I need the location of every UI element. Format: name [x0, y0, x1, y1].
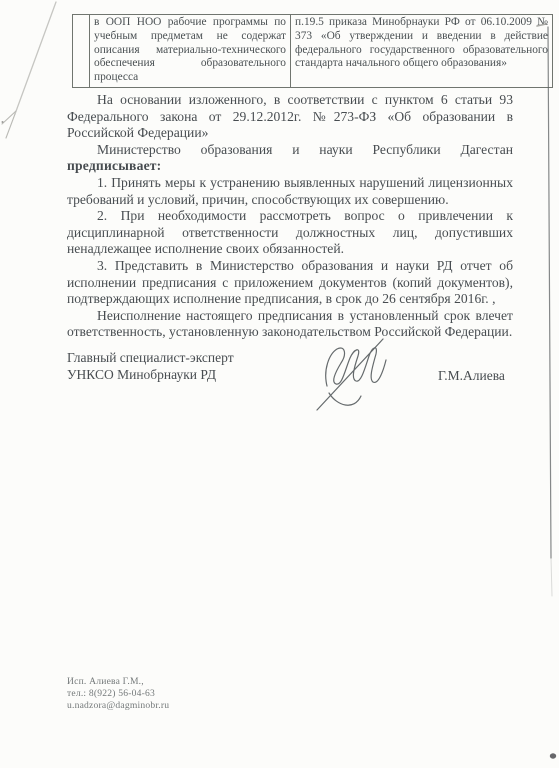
- signatory-position-line1: Главный специалист-эксперт: [67, 350, 513, 367]
- phone-line: тел.: 8(922) 56-04-63: [67, 688, 169, 700]
- footer-contact: Исп. Алиева Г.М., тел.: 8(922) 56-04-63 …: [67, 676, 169, 712]
- scan-left-speck: [2, 121, 4, 123]
- prescribes-label: предписывает:: [67, 158, 161, 173]
- prescription-item-1: 1. Принять меры к устранению выявленных …: [67, 175, 513, 208]
- ministry-lead-text: Министерство образования и науки Республ…: [97, 142, 513, 157]
- scan-right-edge-fade: [551, 558, 552, 596]
- signature-tail-stroke: [317, 339, 383, 410]
- paragraph-legal-basis: На основании изложенного, в соответствии…: [67, 92, 513, 142]
- scan-speck: [550, 753, 556, 758]
- scanned-page: в ООП НОО рабочие программы по учебным п…: [0, 0, 559, 768]
- prescription-item-2: 2. При необходимости рассмотреть вопрос …: [67, 208, 513, 258]
- signature-loops-stroke: [326, 348, 386, 386]
- scan-crease-fork: [2, 111, 16, 138]
- document-body: На основании изложенного, в соответствии…: [67, 92, 513, 422]
- signatory-name: Г.М.Алиева: [438, 368, 505, 385]
- prescription-item-3: 3. Представить в Министерство образовани…: [67, 258, 513, 308]
- scan-right-edge-line: [548, 27, 551, 558]
- email-line: u.nadzora@dagminobr.ru: [67, 700, 169, 712]
- row-number-cell: [73, 15, 90, 88]
- violations-table: в ООП НОО рабочие программы по учебным п…: [72, 14, 553, 88]
- executor-line: Исп. Алиева Г.М.,: [67, 676, 169, 688]
- paragraph-warning: Неисполнение настоящего предписания в ус…: [67, 308, 513, 341]
- scan-crease-line: [15, 2, 56, 114]
- handwritten-signature: [303, 332, 399, 418]
- signature-block: Главный специалист-эксперт УНКСО Минобрн…: [67, 350, 513, 422]
- violation-cell: в ООП НОО рабочие программы по учебным п…: [90, 15, 291, 88]
- signature-descender-stroke: [329, 393, 361, 405]
- paragraph-ministry: Министерство образования и науки Республ…: [67, 142, 513, 175]
- basis-cell: п.19.5 приказа Минобрнауки РФ от 06.10.2…: [291, 15, 553, 88]
- table-row: в ООП НОО рабочие программы по учебным п…: [73, 15, 553, 88]
